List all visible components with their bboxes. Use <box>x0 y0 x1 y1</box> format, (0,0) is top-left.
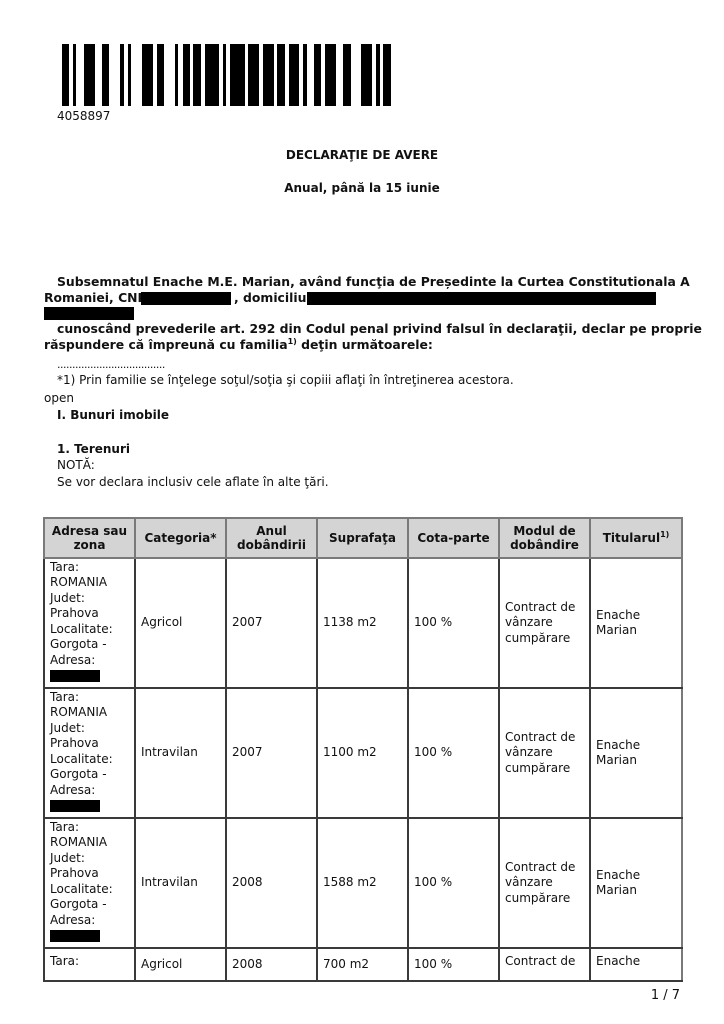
section-heading: I. Bunuri imobile <box>44 407 169 423</box>
intro-line-3: cunoscând prevederile art. 292 din Codul… <box>44 321 702 337</box>
intro-cnp-label: Romaniei, CNP <box>44 290 147 305</box>
address-line: ROMANIA <box>50 835 129 851</box>
address-line: Tara: <box>50 690 129 706</box>
header-address: Adresa sau zona <box>44 518 135 558</box>
address-line: Tara: <box>50 954 129 970</box>
cell-owner: Enache Marian <box>590 558 682 688</box>
header-owner-text: Titularul <box>603 531 660 545</box>
address-line: Tara: <box>50 560 129 576</box>
intro-line-4-text: răspundere că împreună cu familia <box>44 337 288 352</box>
redacted-domicile <box>307 292 656 305</box>
cell-year: 2007 <box>226 558 317 688</box>
table-row: Tara:ROMANIAJudet:PrahovaLocalitate:Gorg… <box>44 688 682 818</box>
cell-mode: Contract de <box>499 948 590 981</box>
open-label: open <box>44 390 74 406</box>
dotted-line: .................................... <box>57 358 165 371</box>
header-share: Cota-parte <box>408 518 499 558</box>
cell-owner: Enache <box>590 948 682 981</box>
cell-address: Tara:ROMANIAJudet:PrahovaLocalitate:Gorg… <box>44 558 135 688</box>
footnote-text: *1) Prin familie se înţelege soţul/soţia… <box>44 372 514 388</box>
intro-line-4: răspundere că împreună cu familia1) deţi… <box>44 337 433 353</box>
cell-area: 1588 m2 <box>317 818 408 948</box>
header-owner: Titularul1) <box>590 518 682 558</box>
table-row: Tara:Agricol2008700 m2100 %Contract deEn… <box>44 948 682 981</box>
cell-owner: Enache Marian <box>590 818 682 948</box>
address-line: Localitate: <box>50 622 129 638</box>
table-row: Tara:ROMANIAJudet:PrahovaLocalitate:Gorg… <box>44 818 682 948</box>
nota-text: Se vor declara inclusiv cele aflate în a… <box>44 474 329 490</box>
cell-area: 700 m2 <box>317 948 408 981</box>
intro-domicile-label: , domiciliul <box>234 290 311 306</box>
cell-category: Agricol <box>135 558 226 688</box>
cell-mode: Contract de vânzare cumpărare <box>499 558 590 688</box>
address-line: ROMANIA <box>50 705 129 721</box>
intro-line-4-suffix: deţin următoarele: <box>297 337 433 352</box>
cell-year: 2007 <box>226 688 317 818</box>
cell-category: Intravilan <box>135 818 226 948</box>
header-owner-sup: 1) <box>660 530 669 539</box>
cell-area: 1100 m2 <box>317 688 408 818</box>
address-line: Adresa: <box>50 913 129 929</box>
address-line: Localitate: <box>50 882 129 898</box>
cell-share: 100 % <box>408 688 499 818</box>
page-indicator: 1 / 7 <box>651 988 680 1003</box>
cell-year: 2008 <box>226 948 317 981</box>
redacted-cnp <box>141 292 231 305</box>
address-line: Localitate: <box>50 752 129 768</box>
land-table: Adresa sau zona Categoria* Anul dobândir… <box>43 517 683 982</box>
cell-address: Tara:ROMANIAJudet:PrahovaLocalitate:Gorg… <box>44 688 135 818</box>
subsection-heading: 1. Terenuri <box>44 441 130 457</box>
barcode <box>0 44 724 106</box>
cell-year: 2008 <box>226 818 317 948</box>
barcode-number: 4058897 <box>57 109 110 123</box>
intro-line-1: Subsemnatul Enache M.E. Marian, având fu… <box>44 274 690 290</box>
header-year: Anul dobândirii <box>226 518 317 558</box>
address-line: Judet: <box>50 721 129 737</box>
address-line: Gorgota - <box>50 897 129 913</box>
address-line: Adresa: <box>50 783 129 799</box>
footnote-ref: 1) <box>288 337 297 346</box>
cell-mode: Contract de vânzare cumpărare <box>499 688 590 818</box>
table-row: Tara:ROMANIAJudet:PrahovaLocalitate:Gorg… <box>44 558 682 688</box>
document-subtitle: Anual, până la 15 iunie <box>0 181 724 195</box>
redacted-address <box>50 670 100 682</box>
address-line: Prahova <box>50 606 129 622</box>
cell-share: 100 % <box>408 818 499 948</box>
redacted-address <box>50 930 100 942</box>
address-line: Adresa: <box>50 653 129 669</box>
address-line: Gorgota - <box>50 767 129 783</box>
address-line: ROMANIA <box>50 575 129 591</box>
intro-line-2: Romaniei, CNP <box>44 290 147 306</box>
address-line: Judet: <box>50 591 129 607</box>
cell-category: Intravilan <box>135 688 226 818</box>
document-title: DECLARAŢIE DE AVERE <box>0 148 724 162</box>
cell-mode: Contract de vânzare cumpărare <box>499 818 590 948</box>
table-header-row: Adresa sau zona Categoria* Anul dobândir… <box>44 518 682 558</box>
address-line: Gorgota - <box>50 637 129 653</box>
cell-area: 1138 m2 <box>317 558 408 688</box>
nota-label: NOTĂ: <box>44 457 95 473</box>
redacted-address <box>50 800 100 812</box>
cell-share: 100 % <box>408 948 499 981</box>
cell-share: 100 % <box>408 558 499 688</box>
header-area: Suprafaţa <box>317 518 408 558</box>
address-line: Tara: <box>50 820 129 836</box>
header-category: Categoria* <box>135 518 226 558</box>
cell-address: Tara:ROMANIAJudet:PrahovaLocalitate:Gorg… <box>44 818 135 948</box>
header-mode: Modul de dobândire <box>499 518 590 558</box>
address-line: Prahova <box>50 866 129 882</box>
address-line: Prahova <box>50 736 129 752</box>
cell-category: Agricol <box>135 948 226 981</box>
cell-owner: Enache Marian <box>590 688 682 818</box>
redacted-domicile-cont <box>44 307 134 320</box>
cell-address: Tara: <box>44 948 135 981</box>
address-line: Judet: <box>50 851 129 867</box>
